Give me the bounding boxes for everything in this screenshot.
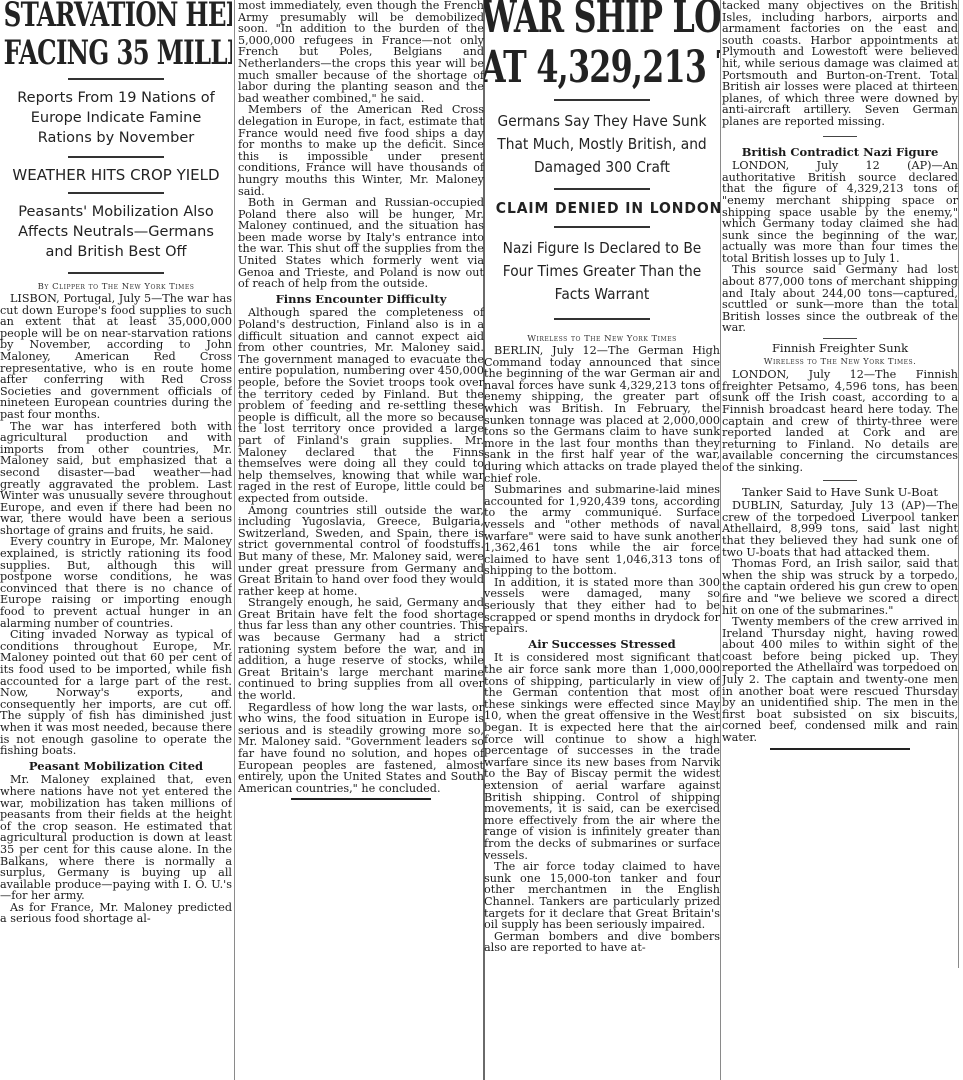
- paragraph: Twenty members of the crew arrived in Ir…: [722, 616, 958, 744]
- headline-line: AT 4,329,213 TONS: [484, 46, 720, 90]
- byline-credit: Wireless to The New York Times.: [722, 357, 958, 369]
- paragraph: Strangely enough, he said, Germany and G…: [238, 597, 484, 701]
- paragraph: tacked many objectives on the British Is…: [722, 0, 958, 128]
- paragraph: As for France, Mr. Maloney predicted a s…: [0, 902, 232, 925]
- paragraph: The air force today claimed to have sunk…: [484, 861, 720, 931]
- deck-peasants: Peasants' Mobilization Also Affects Neut…: [0, 202, 232, 262]
- headline-divider: [68, 272, 164, 274]
- headline-divider: [554, 99, 650, 101]
- paragraph: LONDON, July 12—The Finnish freighter Pe…: [722, 369, 958, 473]
- article-body: most immediately, even though the French…: [238, 0, 484, 794]
- deck-reports: Reports From 19 Nations of Europe Indica…: [0, 88, 232, 148]
- column-rule: [720, 0, 721, 1080]
- paragraph: Regardless of how long the war lasts, or…: [238, 702, 484, 795]
- section-rule: [823, 338, 857, 339]
- paragraph: Members of the American Red Cross delega…: [238, 104, 484, 197]
- paragraph: LISBON, Portugal, July 5—The war has cut…: [0, 293, 232, 421]
- article-body: BERLIN, July 12—The German High Command …: [484, 345, 720, 954]
- deck-nazi-figure: Nazi Figure Is Declared to Be Four Times…: [493, 237, 710, 306]
- paragraph: This source said Germany had lost about …: [722, 264, 958, 334]
- paragraph: It is considered most significant that t…: [484, 652, 720, 861]
- column-1: STARVATION HELD FACING 35 MILLION Report…: [0, 0, 232, 1080]
- headline-starvation: STARVATION HELD FACING 35 MILLION: [0, 0, 232, 70]
- paragraph: Mr. Maloney explained that, even where n…: [0, 774, 232, 902]
- section-rule: [823, 136, 857, 137]
- end-rule: [770, 748, 910, 750]
- subhead: Finns Encounter Difficulty: [238, 294, 484, 306]
- paragraph: Both in German and Russian-occupied Pola…: [238, 197, 484, 290]
- headline-line: WAR SHIP LOSS PUT: [484, 0, 720, 40]
- end-rule: [291, 798, 431, 800]
- subhead: Air Successes Stressed: [484, 639, 720, 651]
- paragraph: BERLIN, July 12—The German High Command …: [484, 345, 720, 484]
- deck-germans-say: Germans Say They Have Sunk That Much, Mo…: [493, 110, 710, 179]
- article-body: tacked many objectives on the British Is…: [722, 0, 958, 744]
- paragraph: DUBLIN, Saturday, July 13 (AP)—The crew …: [722, 500, 958, 558]
- paragraph: Among countries still outside the war, i…: [238, 505, 484, 598]
- column-rule: [234, 0, 235, 1080]
- article-body: LISBON, Portugal, July 5—The war has cut…: [0, 293, 232, 925]
- subhead: Tanker Said to Have Sunk U-Boat: [722, 487, 958, 499]
- headline-line: FACING 35 MILLION: [4, 36, 229, 70]
- headline-divider: [554, 188, 650, 190]
- subhead: British Contradict Nazi Figure: [722, 147, 958, 159]
- paragraph: Citing invaded Norway as typical of cond…: [0, 629, 232, 757]
- deck-weather: WEATHER HITS CROP YIELD: [0, 166, 232, 184]
- section-rule: [823, 480, 857, 481]
- headline-divider: [68, 192, 164, 194]
- paragraph: Submarines and submarine-laid mines acco…: [484, 484, 720, 577]
- column-2: most immediately, even though the French…: [238, 0, 484, 982]
- paragraph: Thomas Ford, an Irish sailor, said that …: [722, 558, 958, 616]
- column-rule: [958, 0, 959, 968]
- column-3: WAR SHIP LOSS PUT AT 4,329,213 TONS Germ…: [484, 0, 720, 1080]
- headline-divider: [554, 226, 650, 228]
- column-4: tacked many objectives on the British Is…: [722, 0, 958, 968]
- headline-warship: WAR SHIP LOSS PUT AT 4,329,213 TONS: [484, 0, 720, 90]
- paragraph: The war has interfered both with agricul…: [0, 421, 232, 537]
- subhead: Peasant Mobilization Cited: [0, 761, 232, 773]
- byline-credit: By Clipper to The New York Times: [0, 282, 232, 292]
- headline-divider: [554, 318, 650, 320]
- paragraph: LONDON, July 12 (AP)—An authoritative Br…: [722, 160, 958, 264]
- headline-line: STARVATION HELD: [4, 0, 229, 32]
- paragraph: In addition, it is stated more than 300 …: [484, 577, 720, 635]
- paragraph: Every country in Europe, Mr. Maloney exp…: [0, 536, 232, 629]
- paragraph: most immediately, even though the French…: [238, 0, 484, 104]
- deck-claim-denied: CLAIM DENIED IN LONDON: [496, 199, 708, 217]
- headline-divider: [68, 156, 164, 158]
- paragraph: German bombers and dive bombers also are…: [484, 931, 720, 954]
- paragraph: Although spared the completeness of Pola…: [238, 307, 484, 504]
- headline-divider: [68, 78, 164, 80]
- byline-credit: Wireless to The New York Times: [484, 334, 720, 344]
- subhead: Finnish Freighter Sunk: [722, 343, 958, 355]
